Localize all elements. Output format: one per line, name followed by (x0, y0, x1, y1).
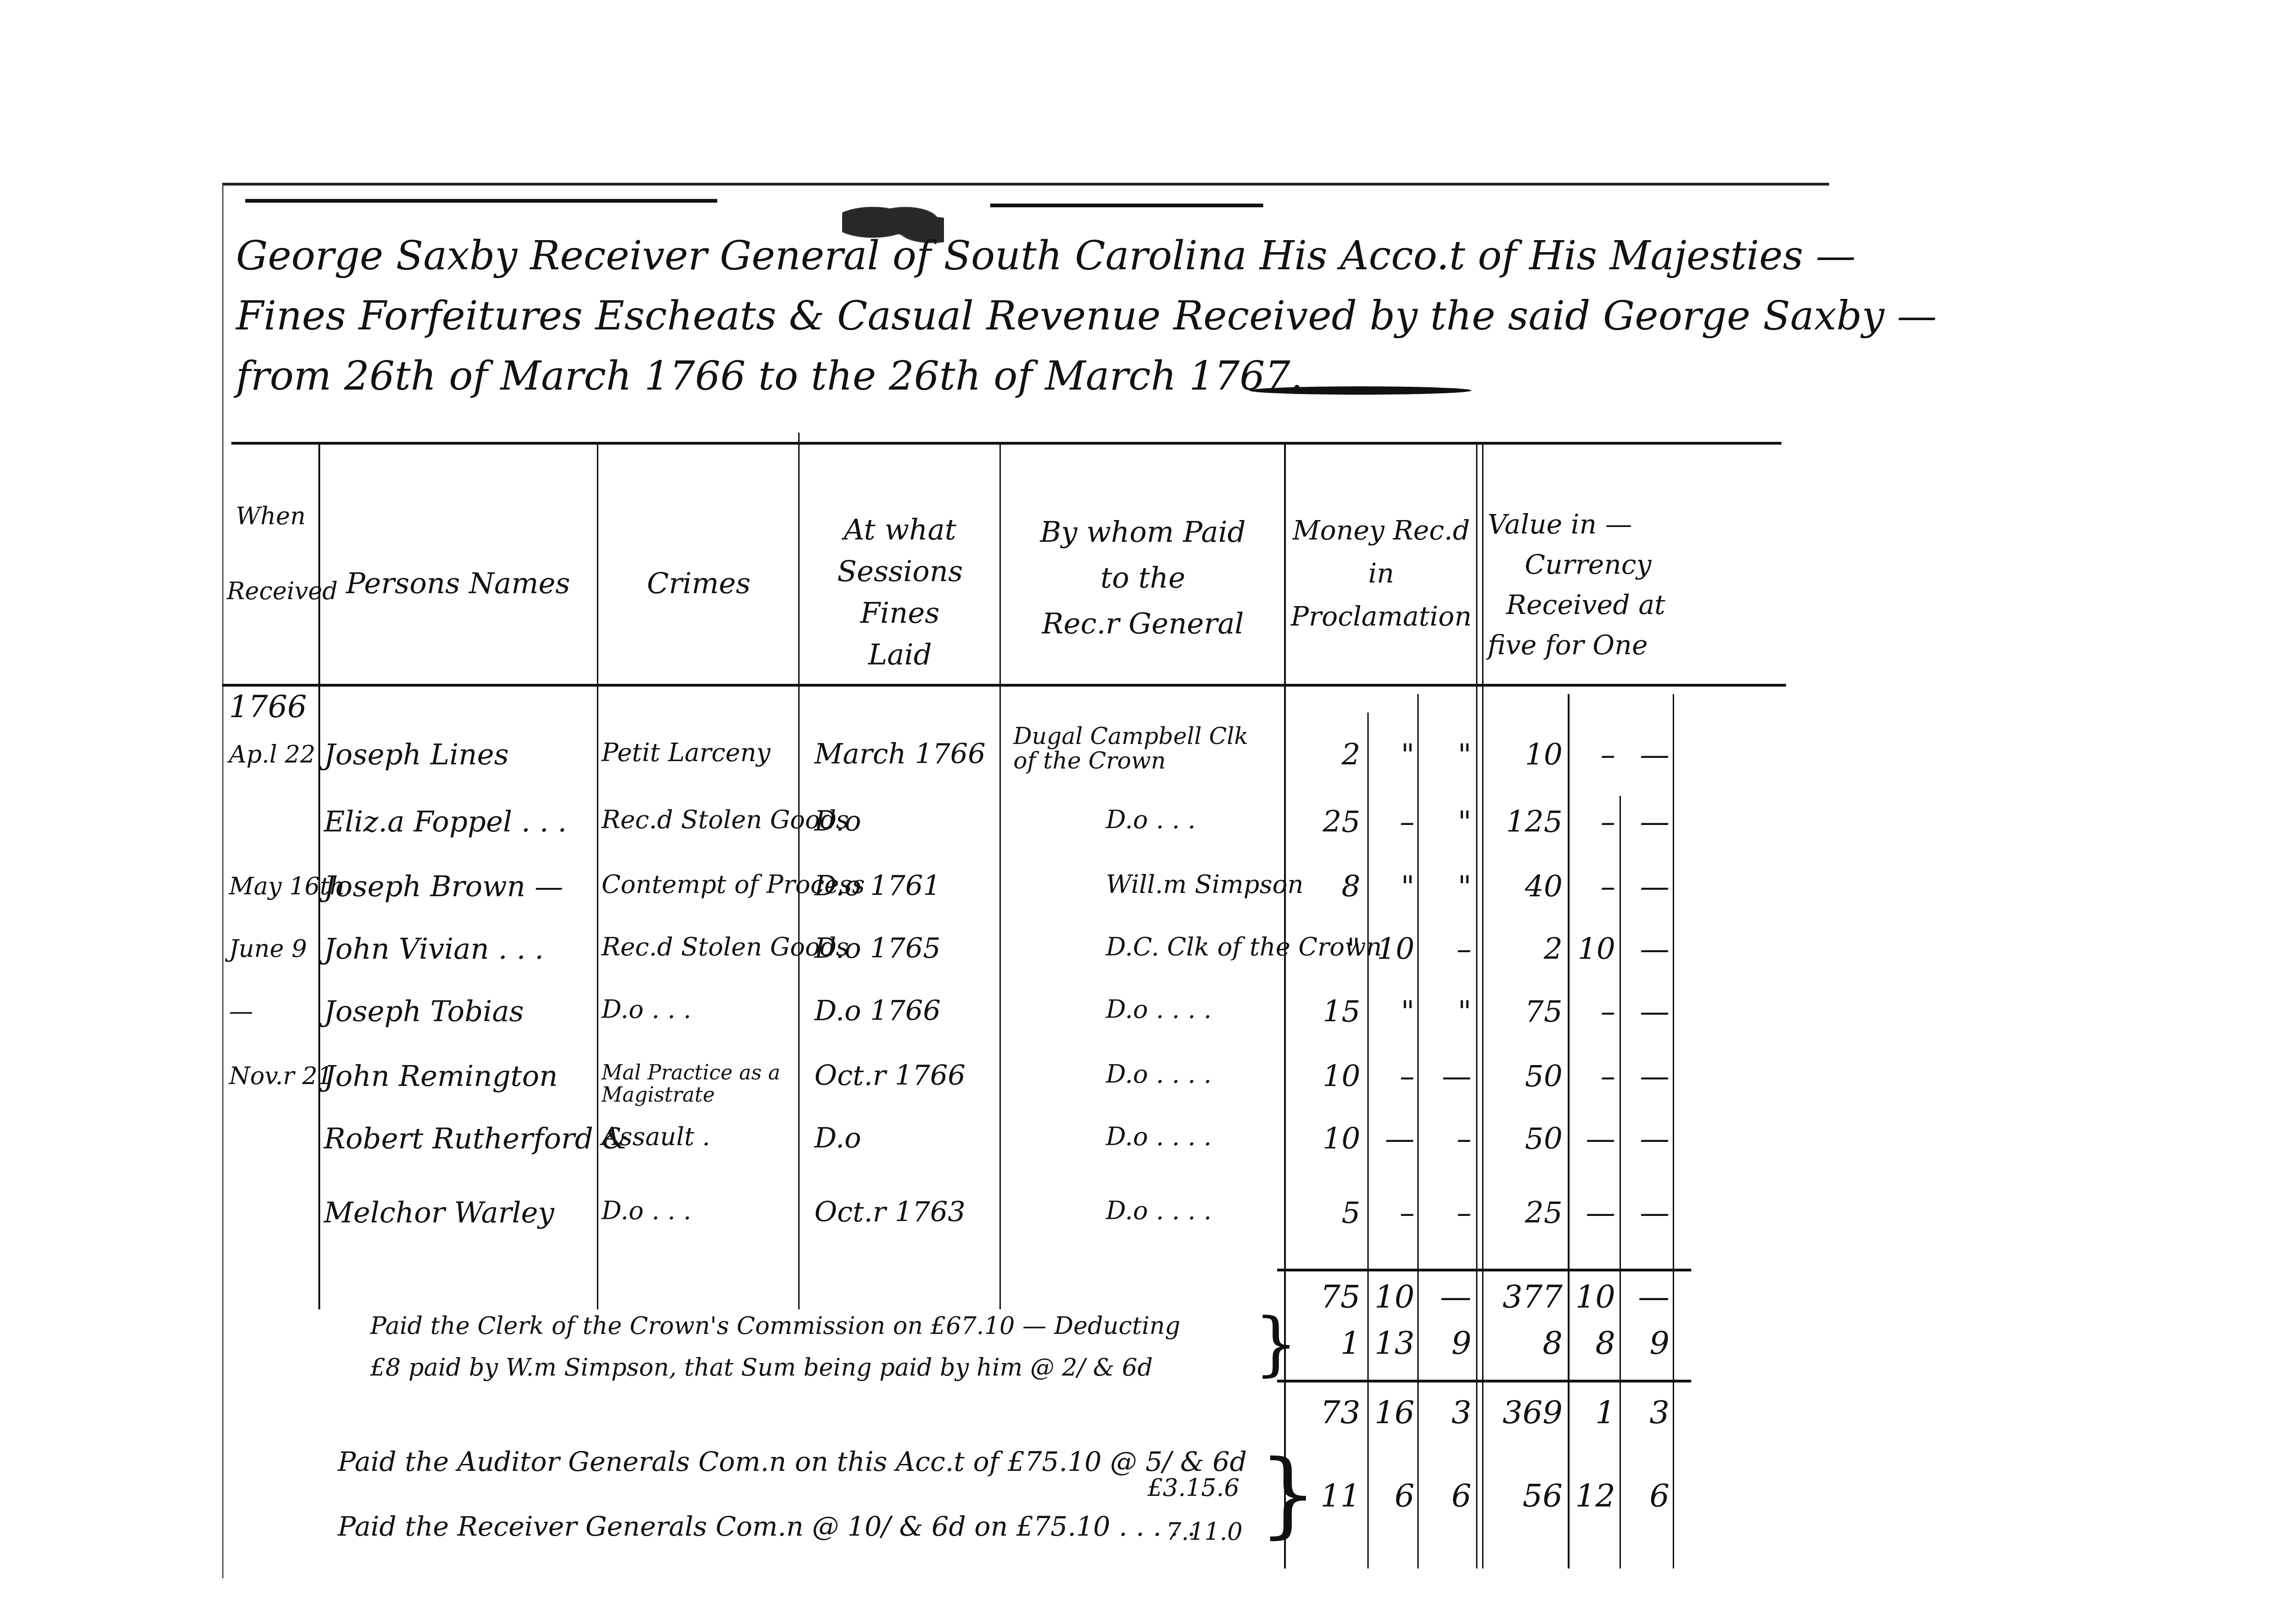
header-value-line2: Currency (1488, 545, 1710, 585)
clerk-commission-row-proc-pounds: 1 (1291, 1328, 1360, 1359)
cell-proc-pounds: 10 (1291, 1124, 1360, 1154)
cell-crime: D.o . . . (602, 997, 691, 1022)
gross-total-row-curr-shillings: 10 (1571, 1282, 1615, 1313)
header-paidby-line2: to the (1004, 555, 1282, 601)
net-total-row-curr-pounds: 369 (1486, 1397, 1563, 1429)
header-money-proclamation: Money Rec.d in Proclamation (1289, 509, 1474, 638)
cell-session: D.o 1765 (814, 935, 941, 962)
cell-paid-by: D.o . . . (1106, 807, 1196, 832)
cell-curr-pounds: 75 (1486, 997, 1563, 1027)
header-crimes: Crimes (602, 569, 796, 598)
cell-curr-pence: — (1623, 1124, 1669, 1154)
col-divider-proc-shillings (1367, 713, 1369, 1568)
cell-proc-pounds: 8 (1291, 872, 1360, 902)
receiver-commission-amount: 7.11.0 (1166, 1520, 1242, 1544)
cell-curr-shillings: – (1571, 807, 1615, 837)
cell-session: Oct.r 1766 (814, 1062, 965, 1090)
cell-person-name: John Vivian . . . (324, 935, 544, 963)
cell-crime: D.o . . . (602, 1198, 691, 1223)
cell-date: — (229, 999, 253, 1023)
clerk-commission-row-curr-pence: 9 (1623, 1328, 1669, 1359)
cell-proc-pounds: 15 (1291, 997, 1360, 1027)
header-when-line2: Received (227, 579, 315, 603)
cell-proc-shillings: — (1371, 1124, 1415, 1154)
header-sessions-line1: At what (803, 509, 997, 551)
cell-curr-pence: — (1623, 1062, 1669, 1091)
cell-person-name: Melchor Warley (324, 1198, 554, 1227)
title-line-1: George Saxby Receiver General of South C… (236, 236, 1855, 276)
cell-person-name: John Remington (324, 1062, 558, 1091)
top-decorative-rule-left (245, 199, 717, 203)
cell-crime: Rec.d Stolen Goods (602, 935, 849, 960)
col-divider-double-a (1476, 444, 1477, 1568)
net-total-row-proc-pence: 3 (1421, 1397, 1471, 1429)
title-line-3: from 26th of March 1766 to the 26th of M… (236, 356, 1303, 396)
cell-curr-shillings: — (1571, 1198, 1615, 1228)
cell-person-name: Joseph Brown — (324, 872, 563, 901)
cell-date: June 9 (229, 937, 307, 961)
clerk-commission-row-curr-pounds: 8 (1486, 1328, 1563, 1359)
clerk-commission-row-proc-shillings: 13 (1371, 1328, 1415, 1359)
cell-paid-by: Will.m Simpson (1106, 872, 1303, 897)
cell-curr-pence: — (1623, 807, 1669, 837)
cell-proc-pence: – (1421, 1124, 1471, 1154)
header-sessions: At what Sessions Fines Laid (803, 509, 997, 676)
receiver-commission-text: Paid the Receiver Generals Com.n @ 10/ &… (338, 1513, 1196, 1540)
cell-curr-shillings: – (1571, 740, 1615, 770)
commissions-total-row-curr-pounds: 56 (1486, 1481, 1563, 1512)
header-value-line3: Received at (1488, 585, 1710, 625)
cell-proc-shillings: " (1371, 997, 1415, 1027)
clerk-commission-line-2: £8 paid by W.m Simpson, that Sum being p… (370, 1356, 1153, 1380)
commissions-total-row-proc-pence: 6 (1421, 1481, 1471, 1512)
cell-person-name: Joseph Tobias (324, 997, 524, 1026)
cell-proc-pence: – (1421, 1198, 1471, 1228)
gross-total-row-proc-pence: — (1421, 1282, 1471, 1313)
header-sessions-line4: Laid (803, 634, 997, 676)
cell-proc-pence: " (1421, 872, 1471, 902)
commissions-total-row-curr-shillings: 12 (1571, 1481, 1615, 1512)
cell-paid-by: D.o . . . . (1106, 1124, 1211, 1149)
title-line-2: Fines Forfeitures Escheats & Casual Reve… (236, 296, 1937, 336)
cell-paid-by: D.o . . . . (1106, 1062, 1211, 1087)
col-divider-curr-shillings (1568, 694, 1570, 1568)
header-money-line2: in (1289, 552, 1474, 595)
cell-proc-shillings: – (1371, 1198, 1415, 1228)
title-flourish (1249, 386, 1471, 395)
cell-session: D.o (814, 807, 861, 835)
cell-paid-by: Dugal Campbell Clk of the Crown (1013, 724, 1254, 773)
year-label: 1766 (229, 692, 307, 722)
col-divider-proc-pence (1417, 694, 1419, 1568)
col-divider-curr-pence (1620, 796, 1621, 1568)
cell-curr-pence: — (1623, 872, 1669, 902)
cell-session: March 1766 (814, 740, 986, 768)
header-top-rule (231, 442, 1781, 445)
cell-proc-shillings: 10 (1371, 935, 1415, 964)
header-sessions-line3: Fines (803, 592, 997, 634)
cell-curr-shillings: – (1571, 1062, 1615, 1091)
cell-curr-pence: — (1623, 935, 1669, 964)
cell-curr-shillings: – (1571, 997, 1615, 1027)
net-total-row-curr-shillings: 1 (1571, 1397, 1615, 1429)
col-divider-double-b (1482, 444, 1483, 1568)
clerk-commission-row-proc-pence: 9 (1421, 1328, 1471, 1359)
col-divider-names (597, 444, 598, 1309)
gross-total-row-proc-pounds: 75 (1291, 1282, 1360, 1313)
cell-proc-pounds: " (1291, 935, 1360, 964)
cell-curr-pence: — (1623, 740, 1669, 770)
cell-curr-pounds: 40 (1486, 872, 1563, 902)
cell-date: Nov.r 21 (229, 1064, 333, 1088)
net-total-row-curr-pence: 3 (1623, 1397, 1669, 1429)
cell-proc-pounds: 2 (1291, 740, 1360, 770)
cell-proc-pence: " (1421, 997, 1471, 1027)
auditor-commission-text: Paid the Auditor Generals Com.n on this … (338, 1448, 1247, 1475)
cell-curr-pounds: 50 (1486, 1062, 1563, 1091)
cell-session: D.o 1761 (814, 872, 941, 900)
commissions-total-row-proc-shillings: 6 (1371, 1481, 1415, 1512)
header-sessions-line2: Sessions (803, 551, 997, 592)
net-total-rule (1277, 1380, 1691, 1382)
commissions-total-row-proc-pounds: 11 (1291, 1481, 1360, 1512)
cell-curr-pounds: 25 (1486, 1198, 1563, 1228)
cell-crime: Rec.d Stolen Goods (602, 807, 849, 832)
header-paidby-line1: By whom Paid (1004, 509, 1282, 555)
header-value-currency: Value in — Currency Received at five for… (1488, 504, 1710, 665)
auditor-commission-amount: £3.15.6 (1148, 1476, 1239, 1500)
cell-person-name: Joseph Lines (324, 740, 509, 769)
cell-proc-pounds: 5 (1291, 1198, 1360, 1228)
cell-person-name: Robert Rutherford & (324, 1124, 628, 1153)
header-money-line3: Proclamation (1289, 595, 1474, 638)
cell-curr-shillings: — (1571, 1124, 1615, 1154)
net-total-row-proc-shillings: 16 (1371, 1397, 1415, 1429)
subtotal-rule (1277, 1269, 1691, 1271)
header-when-line1: When (227, 504, 315, 528)
cell-curr-shillings: 10 (1571, 935, 1615, 964)
cell-proc-shillings: – (1371, 807, 1415, 837)
cell-session: D.o (814, 1124, 861, 1152)
cell-proc-pence: – (1421, 935, 1471, 964)
header-when: When Received (227, 504, 315, 603)
header-value-line4: five for One (1488, 625, 1710, 665)
clerk-commission-line-1: Paid the Clerk of the Crown's Commission… (370, 1314, 1180, 1338)
cell-proc-pounds: 25 (1291, 807, 1360, 837)
cell-proc-pence: — (1421, 1062, 1471, 1091)
gross-total-row-curr-pence: — (1623, 1282, 1669, 1313)
cell-proc-shillings: – (1371, 1062, 1415, 1091)
cell-curr-pounds: 10 (1486, 740, 1563, 770)
cell-crime: Assault . (602, 1124, 710, 1149)
cell-proc-pence: " (1421, 740, 1471, 770)
col-divider-paidby (1284, 444, 1286, 1568)
gross-total-row-curr-pounds: 377 (1486, 1282, 1563, 1313)
commissions-total-row-curr-pence: 6 (1623, 1481, 1669, 1512)
header-bottom-rule (222, 684, 1786, 687)
cell-proc-pounds: 10 (1291, 1062, 1360, 1091)
cell-proc-shillings: " (1371, 872, 1415, 902)
cell-curr-pounds: 2 (1486, 935, 1563, 964)
clerk-commission-row-curr-shillings: 8 (1571, 1328, 1615, 1359)
cell-curr-pence: — (1623, 1198, 1669, 1228)
cell-paid-by: D.o . . . . (1106, 997, 1211, 1022)
cell-person-name: Eliz.a Foppel . . . (324, 807, 567, 836)
col-divider-sessions (999, 444, 1001, 1309)
cell-date: Ap.l 22 (229, 743, 316, 767)
cell-proc-shillings: " (1371, 740, 1415, 770)
top-decorative-rule-right (990, 204, 1263, 207)
header-value-line1: Value in — (1488, 504, 1710, 545)
cell-session: D.o 1766 (814, 997, 941, 1025)
col-divider-right (1673, 694, 1674, 1568)
header-money-line1: Money Rec.d (1289, 509, 1474, 552)
gross-total-row-proc-shillings: 10 (1371, 1282, 1415, 1313)
cell-curr-pence: — (1623, 997, 1669, 1027)
cell-proc-pence: " (1421, 807, 1471, 837)
cell-curr-pounds: 50 (1486, 1124, 1563, 1154)
header-persons-names: Persons Names (324, 569, 592, 598)
cell-curr-shillings: – (1571, 872, 1615, 902)
cell-crime: Petit Larceny (602, 740, 770, 765)
cell-paid-by: D.o . . . . (1106, 1198, 1211, 1223)
header-paidby-line3: Rec.r General (1004, 601, 1282, 646)
cell-session: Oct.r 1763 (814, 1198, 965, 1226)
net-total-row-proc-pounds: 73 (1291, 1397, 1360, 1429)
header-paid-by: By whom Paid to the Rec.r General (1004, 509, 1282, 647)
cell-crime: Mal Practice as a Magistrate (602, 1062, 796, 1107)
cell-curr-pounds: 125 (1486, 807, 1563, 837)
